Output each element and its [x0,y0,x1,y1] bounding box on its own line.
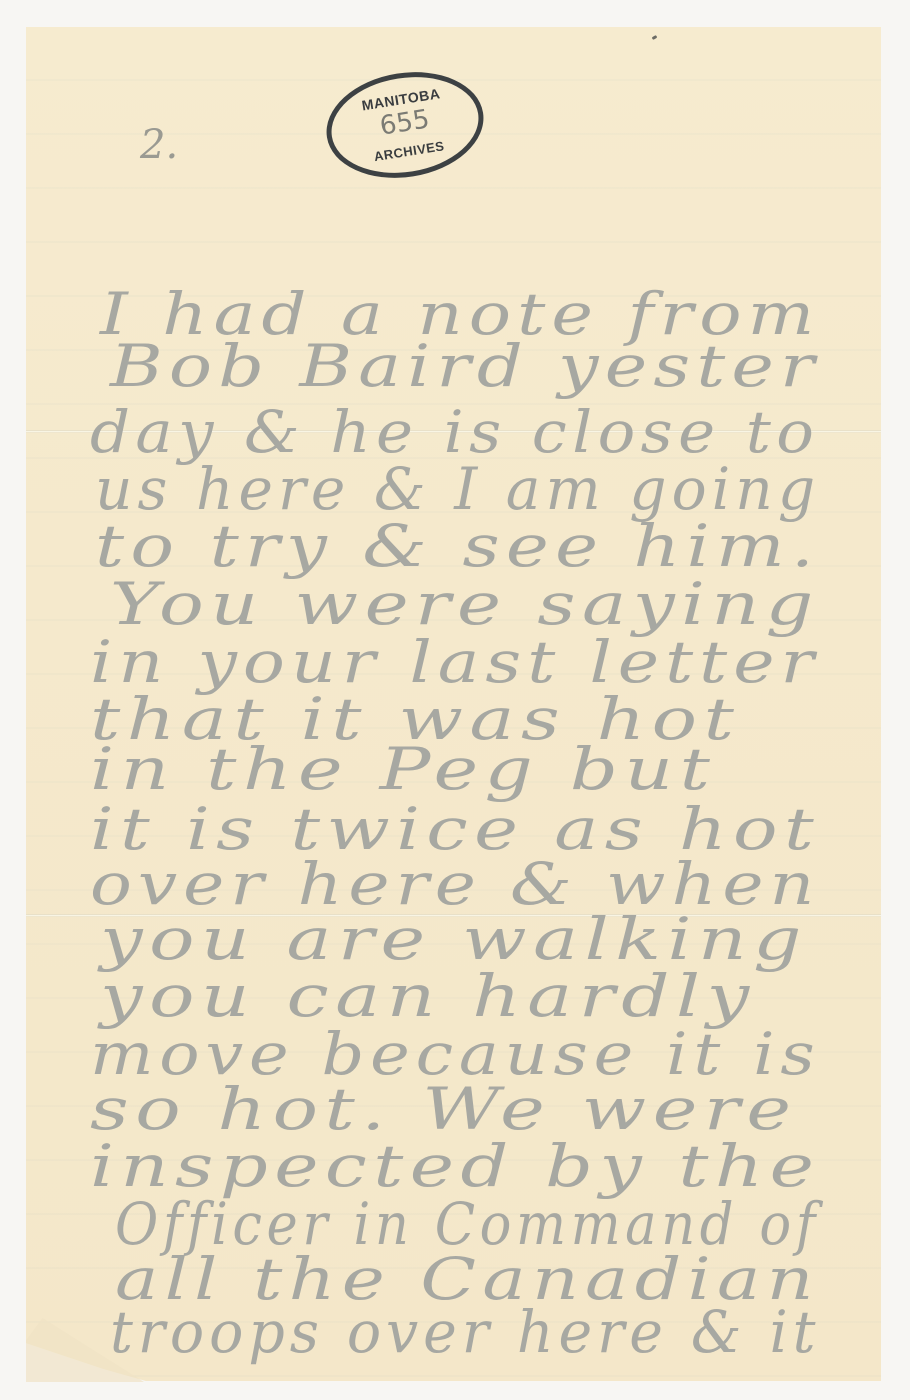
page-number: 2. [140,122,178,168]
text-line: you can hardly [100,967,756,1025]
text-line: Bob Baird yester [110,337,820,395]
text-line: in the Peg but [90,740,716,798]
text-line: so hot. We were [90,1080,798,1138]
text-line: us here & I am going [95,460,820,518]
text-line: inspected by the [90,1137,820,1195]
text-line: You were saying [110,575,820,633]
text-line: in your last letter [90,633,820,691]
text-line: day & he is close to [90,403,819,461]
text-line: troops over here & it [110,1303,820,1361]
text-line: you are walking [100,910,808,968]
text-line: to try & see him. [95,517,820,575]
